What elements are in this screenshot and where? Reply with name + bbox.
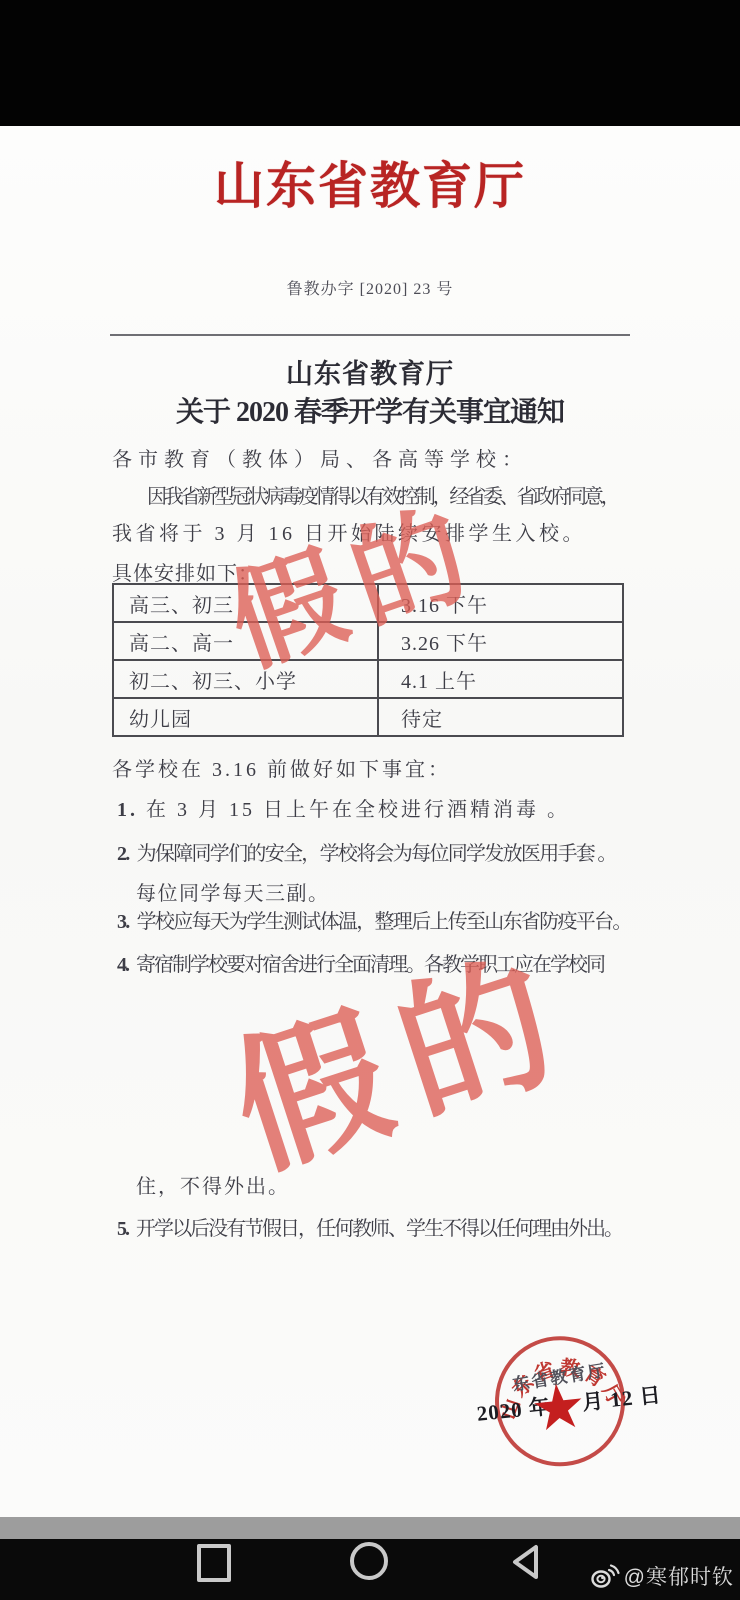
document-number: 鲁教办字 [2020] 23 号 (0, 276, 740, 299)
task-number: 2. (117, 843, 129, 865)
task-number: 4. (117, 954, 128, 976)
official-seal: 山东省教育厅 东省教育厅 2020 年 月 12 日 ★ (485, 1324, 639, 1478)
task-item-2-continuation: 每位同学每天三副。 (136, 877, 330, 906)
task-text: 开学以后没有节假日，任何教师、学生不得以任何理由外出。 (136, 1212, 622, 1241)
notice-document: 山东省教育厅 鲁教办字 [2020] 23 号 山东省教育厅 关于 2020 春… (0, 126, 740, 1517)
task-item-3: 3.学校应每天为学生测试体温，整理后上传至山东省防疫平台。 (117, 905, 631, 934)
task-text: 为保障同学们的安全，学校将会为每位同学发放医用手套 。 (137, 837, 616, 866)
table-row: 幼儿园 待定 (113, 698, 623, 736)
weibo-eye-icon (590, 1563, 620, 1589)
notice-title-line1: 山东省教育厅 (0, 352, 740, 391)
notice-title-line2: 关于 2020 春季开学有关事宜通知 (0, 390, 740, 430)
table-row: 初二、初三、小学 4.1 上午 (113, 660, 623, 698)
fake-stamp-watermark-large: 假的 (203, 894, 597, 1206)
task-number: 3. (117, 911, 129, 933)
task-item-2: 2.为保障同学们的安全，学校将会为每位同学发放医用手套 。 (117, 837, 616, 866)
task-number: 1. (117, 799, 138, 821)
star-icon: ★ (528, 1375, 590, 1442)
weibo-handle: @寒郁时钦 (624, 1561, 734, 1591)
image-bottom-gray-strip (0, 1517, 740, 1539)
table-cell-group: 幼儿园 (113, 698, 378, 736)
task-number: 5. (117, 1218, 128, 1240)
recents-square-icon[interactable] (197, 1544, 231, 1582)
home-circle-icon[interactable] (350, 1542, 388, 1580)
task-item-5: 5.开学以后没有节假日，任何教师、学生不得以任何理由外出。 (117, 1212, 622, 1241)
top-black-bar (0, 0, 740, 126)
letterhead-agency-title: 山东省教育厅 (0, 146, 740, 218)
task-item-1: 1.在 3 月 15 日上午在全校进行酒精消毒 。 (117, 793, 570, 822)
phone-screenshot: 山东省教育厅 鲁教办字 [2020] 23 号 山东省教育厅 关于 2020 春… (0, 0, 740, 1600)
table-cell-time: 4.1 上午 (378, 660, 623, 698)
salutation: 各市教育（教体）局、各高等学校： (112, 443, 528, 472)
task-text: 学校应每天为学生测试体温，整理后上传至山东省防疫平台。 (137, 905, 631, 934)
android-navigation-bar: @寒郁时钦 (0, 1539, 740, 1600)
task-text: 在 3 月 15 日上午在全校进行酒精消毒 。 (146, 793, 570, 822)
tasks-intro: 各学校在 3.16 前做好如下事宜： (112, 753, 451, 782)
back-triangle-icon[interactable] (508, 1542, 544, 1582)
letterhead-divider (110, 334, 630, 336)
table-cell-time: 待定 (378, 698, 623, 736)
weibo-watermark: @寒郁时钦 (590, 1561, 734, 1591)
